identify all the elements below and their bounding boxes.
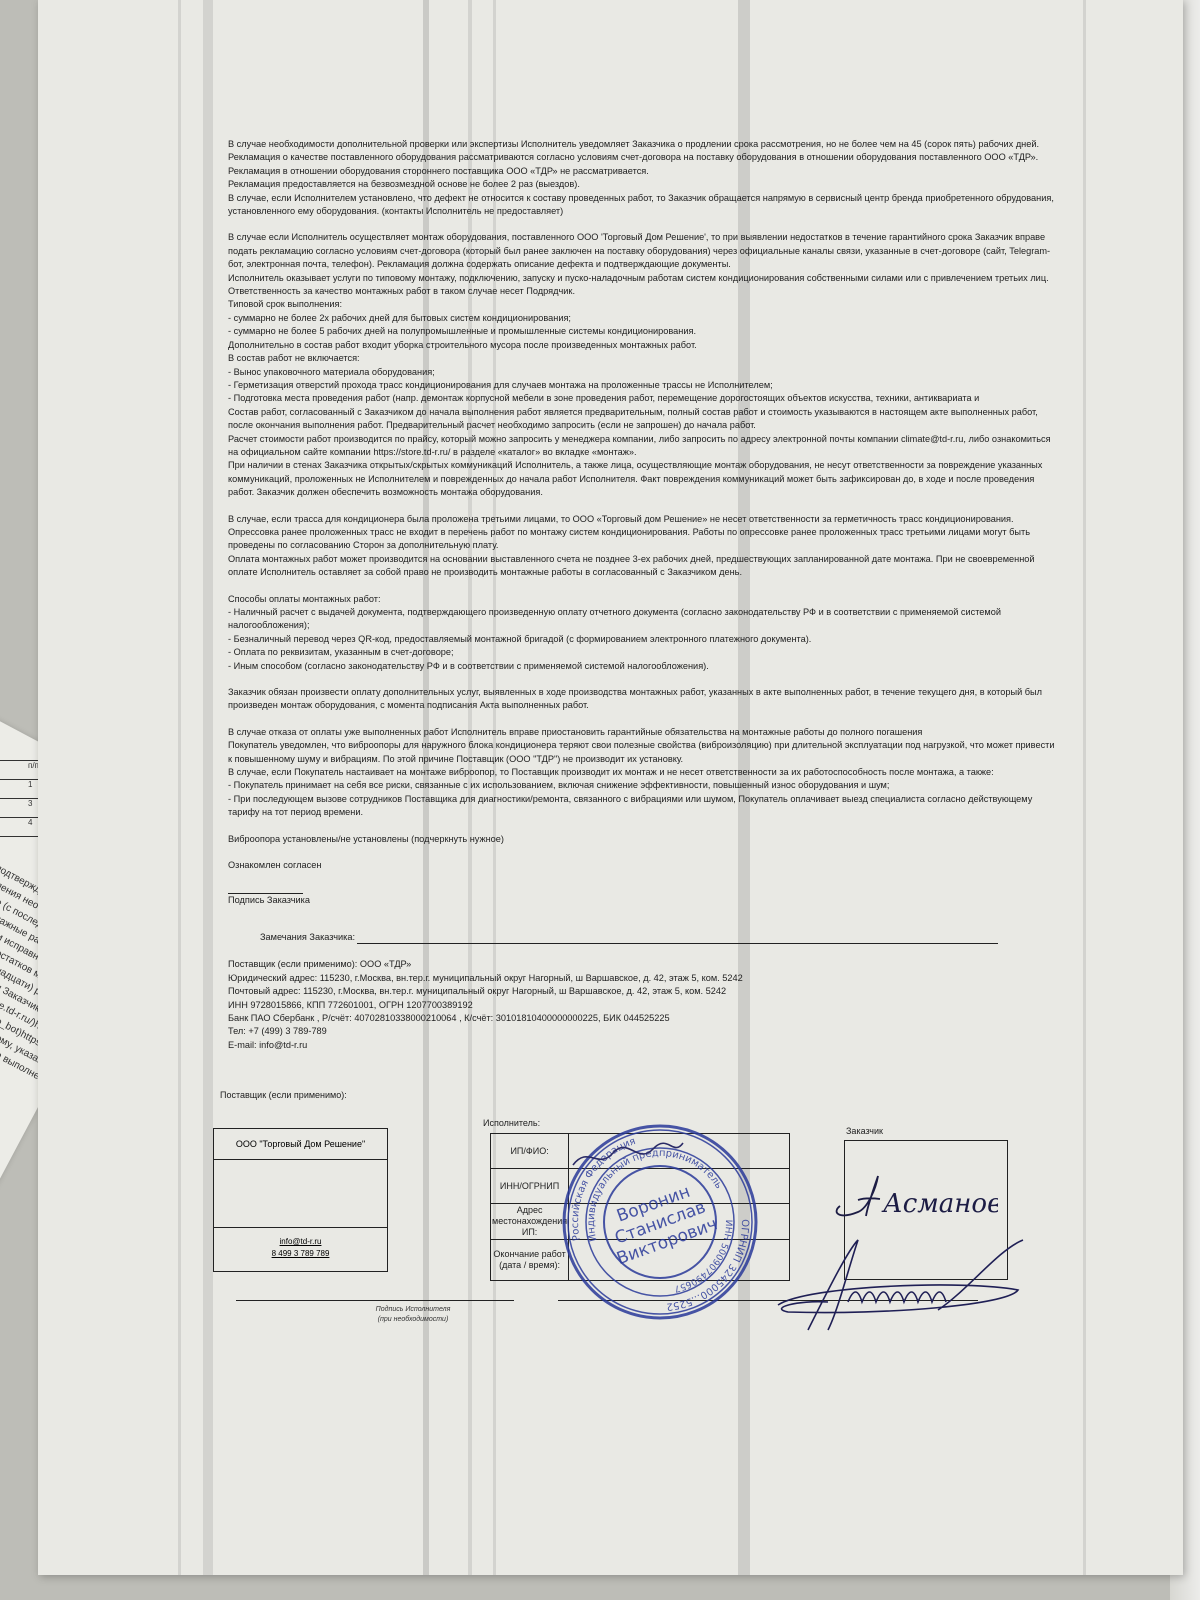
document-body: В случае необходимости дополнительной пр…: [228, 138, 1058, 1052]
paragraph: - Герметизация отверстий прохода трасс к…: [228, 379, 1058, 392]
svg-text:Асманов: Асманов: [881, 1189, 998, 1219]
requisite-line: Почтовый адрес: 115230, г.Москва, вн.тер…: [228, 985, 1058, 998]
executor-address-label: Адрес местонахождения ИП:: [491, 1204, 569, 1240]
supplier-block-label: Поставщик (если применимо):: [220, 1090, 347, 1100]
customer-signature-caption: Подпись Заказчика: [228, 894, 1058, 907]
paragraph: - При последующем вызове сотрудников Пос…: [228, 793, 1058, 820]
paragraph-gap: [228, 673, 1058, 686]
document-page: В случае необходимости дополнительной пр…: [38, 0, 1183, 1575]
paragraph: Оплата монтажных работ может производитс…: [228, 553, 1058, 580]
executor-block-label: Исполнитель:: [483, 1118, 540, 1128]
executor-inn-label: ИНН/ОГРНИП: [491, 1169, 569, 1204]
paragraph: В случае, если Покупатель настаивает на …: [228, 766, 1058, 779]
supplier-company: ООО "Торговый Дом Решение": [214, 1129, 387, 1160]
paragraph: Рекламация предоставляется на безвозмезд…: [228, 178, 1058, 191]
executor-signature: [568, 1135, 688, 1175]
print-streak: [178, 0, 181, 1575]
requisite-line: Банк ПАО Сбербанк , Р/счёт: 407028103380…: [228, 1012, 1058, 1025]
paragraph: В случае отказа от оплаты уже выполненны…: [228, 726, 1058, 739]
paragraph-gap: [228, 580, 1058, 593]
print-streak: [203, 0, 213, 1575]
paragraph: - Оплата по реквизитам, указанным в счет…: [228, 646, 1058, 659]
paragraph: В случае необходимости дополнительной пр…: [228, 138, 1058, 151]
remarks-line: [357, 933, 998, 944]
executor-signature-line: [236, 1300, 514, 1301]
requisite-line: Поставщик (если применимо): ООО «ТДР»: [228, 958, 1058, 971]
requisite-line: ИНН 9728015866, КПП 772601001, ОГРН 1207…: [228, 999, 1058, 1012]
paragraph: - Вынос упаковочного материала оборудова…: [228, 366, 1058, 379]
supplier-phone: 8 499 3 789 789: [214, 1248, 387, 1260]
paragraph: - Иным способом (согласно законодательст…: [228, 660, 1058, 673]
paragraph-gap: [228, 713, 1058, 726]
requisite-line: Тел: +7 (499) 3 789-789: [228, 1025, 1058, 1038]
paragraph: Способы оплаты монтажных работ:: [228, 593, 1058, 606]
customer-signature: [768, 1230, 1028, 1340]
paragraph: - Подготовка места проведения работ (нап…: [228, 392, 1058, 405]
paragraph: В состав работ не включается:: [228, 352, 1058, 365]
paragraph-gap: [228, 218, 1058, 231]
supplier-requisites: Поставщик (если применимо): ООО «ТДР»Юри…: [228, 958, 1058, 1052]
paragraph: Дополнительно в состав работ входит убор…: [228, 339, 1058, 352]
paragraph: - Безналичный перевод через QR-код, пред…: [228, 633, 1058, 646]
requisite-line: E-mail: info@td-r.ru: [228, 1039, 1058, 1052]
supplier-email: info@td-r.ru: [214, 1236, 387, 1248]
executor-end-label: Окончание работ (дата / время):: [491, 1240, 569, 1281]
paragraph: Состав работ, согласованный с Заказчиком…: [228, 406, 1058, 433]
supplier-block: ООО "Торговый Дом Решение" info@td-r.ru …: [213, 1128, 388, 1272]
supplier-contacts: info@td-r.ru 8 499 3 789 789: [214, 1228, 387, 1260]
paragraph: - Наличный расчет с выдачей документа, п…: [228, 606, 1058, 633]
paragraph: В случае если Исполнитель осуществляет м…: [228, 231, 1058, 271]
customer-block-label: Заказчик: [846, 1126, 883, 1136]
paragraph: Виброопора установлены/не установлены (п…: [228, 833, 1058, 846]
customer-handwritten-name: Асманов: [828, 1168, 998, 1228]
print-streak: [1083, 0, 1086, 1575]
caption-line: (при необходимости): [338, 1315, 488, 1325]
paragraph: Рекламация о качестве поставленного обор…: [228, 151, 1058, 164]
remarks-label: Замечания Заказчика:: [260, 931, 355, 944]
paragraph: Покупатель уведомлен, что виброопоры для…: [228, 739, 1058, 766]
paragraph-gap: [228, 820, 1058, 833]
paragraph-gap: [228, 846, 1058, 859]
executor-name-label: ИП/ФИО:: [491, 1134, 569, 1169]
paragraph: В случае, если трасса для кондиционера б…: [228, 513, 1058, 553]
paragraph: Расчет стоимости работ производится по п…: [228, 433, 1058, 460]
paragraph: - Покупатель принимает на себя все риски…: [228, 779, 1058, 792]
paragraph: В случае, если Исполнителем установлено,…: [228, 192, 1058, 219]
paragraph: Исполнитель оказывает услуги по типовому…: [228, 272, 1058, 299]
paragraph: - суммарно не более 5 рабочих дней на по…: [228, 325, 1058, 338]
paragraph-gap: [228, 500, 1058, 513]
paragraph: Рекламация в отношении оборудования стор…: [228, 165, 1058, 178]
executor-signature-caption: Подпись Исполнителя (при необходимости): [338, 1305, 488, 1325]
requisite-line: Юридический адрес: 115230, г.Москва, вн.…: [228, 972, 1058, 985]
caption-line: Подпись Исполнителя: [338, 1305, 488, 1315]
paragraph: Заказчик обязан произвести оплату дополн…: [228, 686, 1058, 713]
paragraph: При наличии в стенах Заказчика открытых/…: [228, 459, 1058, 499]
terms-text: В случае необходимости дополнительной пр…: [228, 138, 1058, 873]
paragraph: - суммарно не более 2х рабочих дней для …: [228, 312, 1058, 325]
paragraph: Ознакомлен согласен: [228, 859, 1058, 872]
paragraph: Типовой срок выполнения:: [228, 298, 1058, 311]
supplier-signature-area: [214, 1160, 387, 1228]
customer-remarks-field: Замечания Заказчика:: [228, 931, 1058, 944]
